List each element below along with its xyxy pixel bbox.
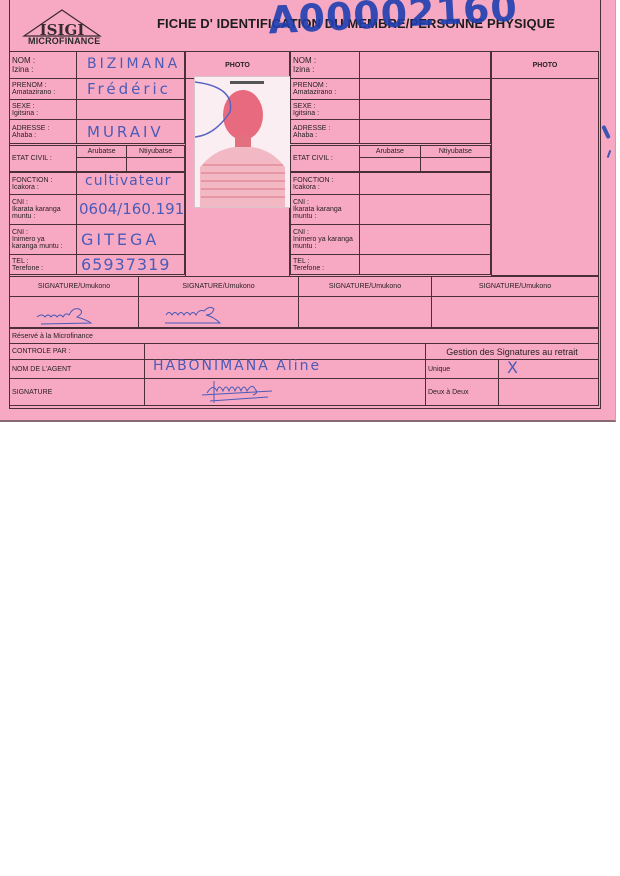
member2-sexe-field[interactable] (360, 100, 491, 120)
member1-adresse-field[interactable]: MURAIV (77, 120, 185, 144)
nom-agent-label: NOM DE L'AGENT (10, 360, 145, 379)
cni2-label-cell: CNI :Inimero yakaranga muntu : (10, 225, 77, 255)
member2-arubatse-field[interactable] (360, 158, 421, 172)
member1-fonction-field[interactable]: cultivateur (77, 173, 185, 195)
member2-nom-field[interactable] (360, 52, 491, 79)
ntiyubatse2-header: Ntiyubatse (420, 146, 490, 158)
agent-signature-scribble-icon (202, 379, 322, 403)
member2-etat-civil-table: ETAT CIVIL : Arubatse Ntiyubatse (290, 145, 491, 172)
member2-tel-field[interactable] (360, 255, 491, 275)
signature-box-2[interactable] (139, 297, 299, 328)
signature-header-3: SIGNATURE/Umukono (299, 277, 432, 297)
unique-checkbox[interactable]: X (499, 360, 599, 379)
agent-signature-field[interactable] (145, 379, 426, 406)
nom-label-cell: NOM :Izina : (10, 52, 77, 79)
member2-table-lower: FONCTION :Icakora : CNI :Ikarata karanga… (290, 172, 491, 275)
signature-box-4[interactable] (432, 297, 599, 328)
adresse-label-cell: ADRESSE :Ahaba : (10, 120, 77, 144)
person-photo-icon (195, 77, 290, 207)
member2-adresse-field[interactable] (360, 120, 491, 144)
ink-mark (601, 125, 611, 139)
member1-sexe-field[interactable] (77, 100, 185, 120)
member1-arubatse-field[interactable] (77, 158, 127, 172)
arubatse-header: Arubatse (77, 146, 127, 158)
tel-label-cell: TEL :Terefone : (10, 255, 77, 275)
member1-prenom-field[interactable]: Frédéric (77, 79, 185, 100)
member2-photo-placeholder[interactable] (492, 79, 599, 276)
nom-agent-field[interactable]: HABONIMANA Aline (145, 360, 426, 379)
signatures-table: SIGNATURE/Umukono SIGNATURE/Umukono SIGN… (9, 276, 599, 328)
photo2-header: PHOTO (492, 52, 599, 79)
reserved-title: Réservé à la Microfinance (10, 329, 599, 344)
member1-cni-lieu-field[interactable]: GITEGA (77, 225, 185, 255)
member2-photo-table: PHOTO (491, 51, 599, 276)
logo-subtitle: MICROFINANCE (28, 36, 100, 46)
member1-ntiyubatse-field[interactable] (127, 158, 185, 172)
member2-cni-lieu-field[interactable] (360, 225, 491, 255)
ntiyubatse-header: Ntiyubatse (127, 146, 185, 158)
deux-a-deux-checkbox[interactable] (499, 379, 599, 406)
signature-header-4: SIGNATURE/Umukono (432, 277, 599, 297)
member1-tel-field[interactable]: 65937319 (77, 255, 185, 275)
nom2-label-cell: NOM :Izina : (291, 52, 360, 79)
member1-cni-field[interactable]: 0604/160.191 (77, 195, 185, 225)
signature-label: SIGNATURE (10, 379, 145, 406)
cni-label-cell: CNI :Ikarata karangamuntu : (10, 195, 77, 225)
member2-fonction-field[interactable] (360, 173, 491, 195)
signature-box-1[interactable] (10, 297, 139, 328)
tel2-label-cell: TEL :Terefone : (291, 255, 360, 275)
adresse2-label-cell: ADRESSE :Ahaba : (291, 120, 360, 144)
sexe2-label-cell: SEXE :Igitsina : (291, 100, 360, 120)
signature-scribble-icon (141, 297, 281, 325)
identification-card: ISIGI MICROFINANCE FICHE D' IDENTIFICATI… (0, 0, 616, 422)
member1-table-lower: FONCTION :Icakora : cultivateur CNI :Ika… (9, 172, 185, 275)
fonction2-label-cell: FONCTION :Icakora : (291, 173, 360, 195)
signature-scribble-icon (12, 297, 122, 325)
deux-a-deux-label: Deux à Deux (426, 379, 499, 406)
member2-table: NOM :Izina : PRENOM :Amatazirano : SEXE … (290, 51, 491, 144)
unique-label: Unique (426, 360, 499, 379)
member1-nom-field[interactable]: BIZIMANA (77, 52, 185, 79)
etat-civil-label: ETAT CIVIL : (10, 146, 77, 172)
member2-ntiyubatse-field[interactable] (420, 158, 490, 172)
member2-cni-field[interactable] (360, 195, 491, 225)
cni4-label-cell: CNI :Inimero ya karangamuntu : (291, 225, 360, 255)
member1-table: NOM :Izina : BIZIMANA PRENOM :Amataziran… (9, 51, 185, 144)
photo-header: PHOTO (186, 52, 290, 79)
member1-etat-civil-table: ETAT CIVIL : Arubatse Ntiyubatse (9, 145, 185, 172)
ink-mark (607, 150, 612, 158)
cni3-label-cell: CNI :Ikarata karangamuntu : (291, 195, 360, 225)
etat-civil2-label: ETAT CIVIL : (291, 146, 360, 172)
prenom-label-cell: PRENOM :Amatazirano : (10, 79, 77, 100)
arubatse2-header: Arubatse (360, 146, 421, 158)
controle-par-label: CONTROLE PAR : (10, 344, 145, 360)
reserved-table: Réservé à la Microfinance CONTROLE PAR :… (9, 328, 599, 406)
member1-photo (194, 76, 291, 208)
fonction-label-cell: FONCTION :Icakora : (10, 173, 77, 195)
signature-header-1: SIGNATURE/Umukono (10, 277, 139, 297)
signature-box-3[interactable] (299, 297, 432, 328)
member2-prenom-field[interactable] (360, 79, 491, 100)
signature-header-2: SIGNATURE/Umukono (139, 277, 299, 297)
prenom2-label-cell: PRENOM :Amatazirano : (291, 79, 360, 100)
sexe-label-cell: SEXE :Igitsina : (10, 100, 77, 120)
